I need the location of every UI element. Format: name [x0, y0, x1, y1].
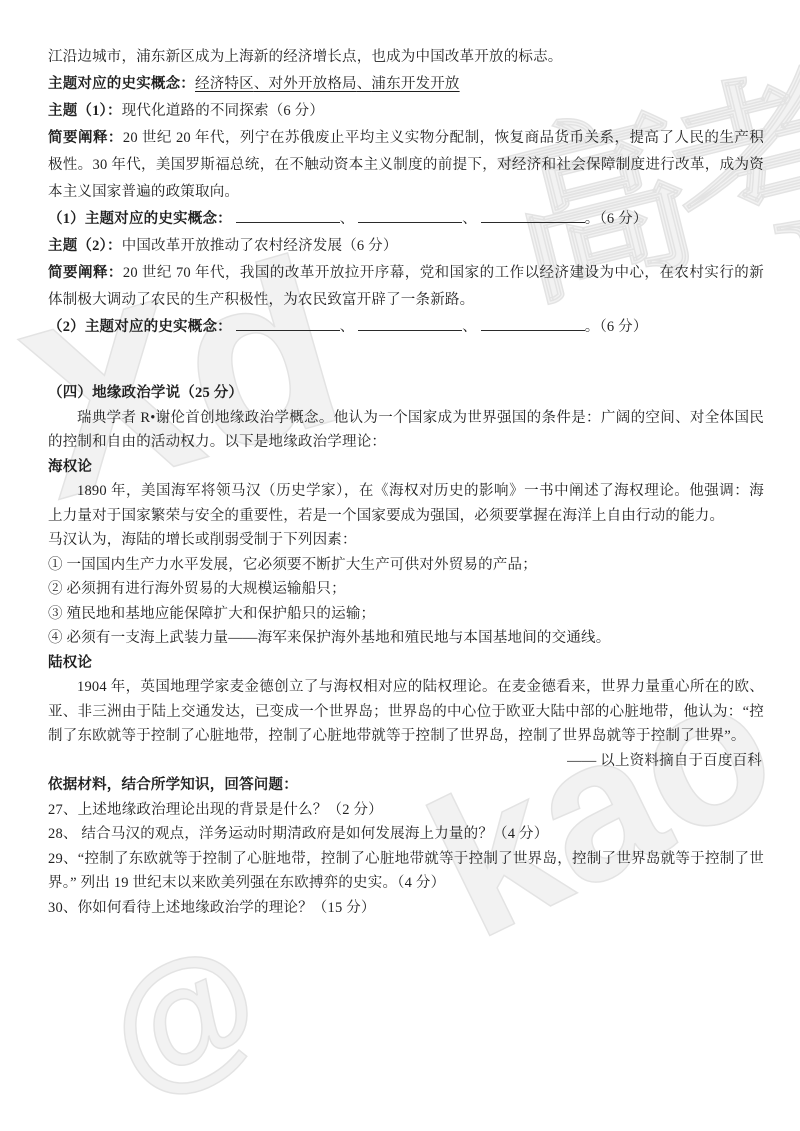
section4-title: （四）地缘政治学说（25 分） [48, 381, 764, 406]
source-attribution: —— 以上资料摘自于百度百科 [48, 749, 764, 774]
theme2-explain: 简要阐释：20 世纪 70 年代，我国的改革开放拉开序幕，党和国家的工作以经济建… [48, 260, 764, 314]
blank-separator: 、 [462, 211, 477, 227]
explain-text: 20 世纪 20 年代，列宁在苏俄废止平均主义实物分配制，恢复商品货币关系，提高… [48, 130, 764, 200]
explain-text: 20 世纪 70 年代，我国的改革开放拉开序幕，党和国家的工作以经济建设为中心，… [48, 265, 764, 308]
blank-tail: 。（6 分） [585, 319, 648, 335]
theme1-explain: 简要阐释：20 世纪 20 年代，列宁在苏俄废止平均主义实物分配制，恢复商品货币… [48, 125, 764, 206]
explain-label: 简要阐释： [48, 130, 123, 146]
land-power-heading: 陆权论 [48, 651, 764, 676]
explain-label: 简要阐释： [48, 265, 123, 281]
answer-blank [358, 317, 462, 331]
factor-item: ① 一国国内生产力水平发展，它必须要不断扩大生产可供对外贸易的产品； [48, 553, 764, 578]
concept-item: 经济特区 [195, 76, 254, 92]
theme2-title: 中国改革开放推动了农村经济发展（6 分） [122, 238, 398, 254]
blank-separator: 、 [340, 319, 355, 335]
answer-label: （2）主题对应的史实概念： [48, 319, 232, 335]
question-27: 27、上述地缘政治理论出现的背景是什么？（2 分） [48, 798, 764, 823]
theme2-label: 主题（2）： [48, 238, 122, 254]
watermark-fragment: @ [81, 908, 285, 1126]
exam-document-page: Xd 高考 kao @ 江沿边城市，浦东新区成为上海新的经济增长点，也成为中国改… [0, 0, 800, 1131]
intro-line: 江沿边城市，浦东新区成为上海新的经济增长点，也成为中国改革开放的标志。 [48, 44, 764, 71]
concept-separator: 、 [357, 76, 372, 92]
question-30: 30、你如何看待上述地缘政治学的理论？（15 分） [48, 896, 764, 921]
factor-item: ② 必须拥有进行海外贸易的大规模运输船只； [48, 577, 764, 602]
answer-label: （1）主题对应的史实概念： [48, 211, 232, 227]
concept-item: 浦东开发开放 [371, 76, 459, 92]
theme2-heading: 主题（2）：中国改革开放推动了农村经济发展（6 分） [48, 233, 764, 260]
theme1-heading: 主题（1）：现代化道路的不同探索（6 分） [48, 98, 764, 125]
sea-power-heading: 海权论 [48, 455, 764, 480]
factor-item: ③ 殖民地和基地应能保障扩大和保护船只的运输； [48, 602, 764, 627]
question-28: 28、 结合马汉的观点，洋务运动时期清政府是如何发展海上力量的？（4 分） [48, 822, 764, 847]
section4: （四）地缘政治学说（25 分） 瑞典学者 R•谢伦首创地缘政治学概念。他认为一个… [48, 381, 764, 920]
theme1-label: 主题（1）： [48, 103, 122, 119]
concepts-line: 主题对应的史实概念：经济特区、对外开放格局、浦东开发开放 [48, 71, 764, 98]
mahan-factors-intro: 马汉认为，海陆的增长或削弱受制于下列因素： [48, 528, 764, 553]
theme1-answer-line: （1）主题对应的史实概念： 、 、 。（6 分） [48, 206, 764, 233]
concept-separator: 、 [254, 76, 269, 92]
answer-blank [236, 209, 340, 223]
concepts-label: 主题对应的史实概念： [48, 76, 195, 92]
question-29: 29、“控制了东欧就等于控制了心脏地带，控制了心脏地带就等于控制了世界岛，控制了… [48, 847, 764, 896]
sea-power-paragraph: 1890 年，美国海军将领马汉（历史学家），在《海权对历史的影响》一书中阐述了海… [48, 479, 764, 528]
document-content: 江沿边城市，浦东新区成为上海新的经济增长点，也成为中国改革开放的标志。 主题对应… [0, 0, 800, 920]
theme2-answer-line: （2）主题对应的史实概念： 、 、 。（6 分） [48, 314, 764, 341]
factor-item: ④ 必须有一支海上武装力量——海军来保护海外基地和殖民地与本国基地间的交通线。 [48, 626, 764, 651]
answer-blank [236, 317, 340, 331]
underlined-concepts: 经济特区、对外开放格局、浦东开发开放 [195, 76, 460, 92]
instruction-line: 依据材料，结合所学知识，回答问题： [48, 773, 764, 798]
answer-blank [358, 209, 462, 223]
theme1-title: 现代化道路的不同探索（6 分） [122, 103, 324, 119]
answer-blank [481, 209, 585, 223]
land-power-paragraph: 1904 年，英国地理学家麦金德创立了与海权相对应的陆权理论。在麦金德看来，世界… [48, 675, 764, 749]
blank-tail: 。（6 分） [585, 211, 648, 227]
blank-separator: 、 [340, 211, 355, 227]
answer-blank [481, 317, 585, 331]
blank-separator: 、 [462, 319, 477, 335]
section4-intro: 瑞典学者 R•谢伦首创地缘政治学概念。他认为一个国家成为世界强国的条件是：广阔的… [48, 406, 764, 455]
concept-item: 对外开放格局 [269, 76, 357, 92]
